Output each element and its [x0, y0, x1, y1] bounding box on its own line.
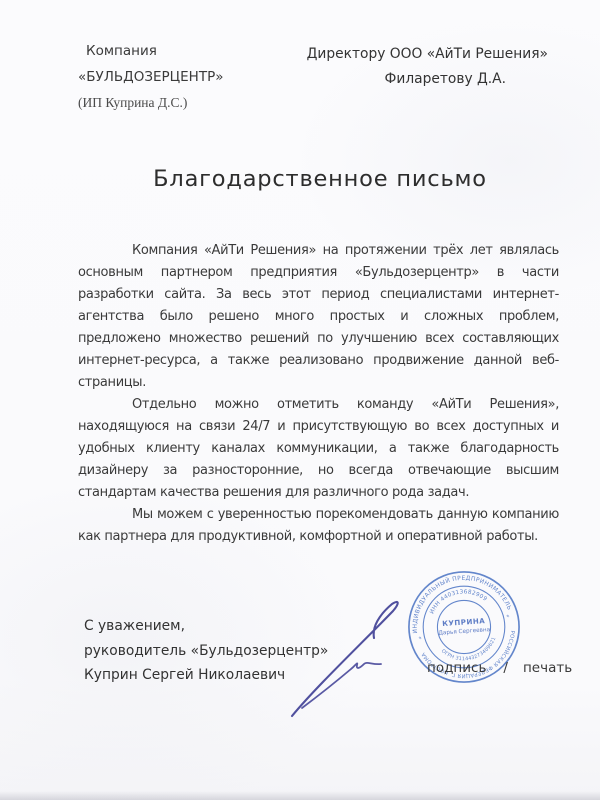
scanned-letter-page: Компания «БУЛЬДОЗЕРЦЕНТР» (ИП Куприна Д.… — [0, 0, 600, 800]
recipient-name: Филаретову Д.А. — [307, 67, 548, 92]
stamp-middle-ring — [423, 586, 505, 668]
stamp-star-right: * — [506, 615, 510, 622]
sender-entrepreneur-note: (ИП Куприна Д.С.) — [78, 90, 223, 116]
stamp-star-left: * — [418, 637, 422, 644]
recipient-block: Директору ООО «АйТи Решения» Филаретову … — [307, 42, 548, 92]
paragraph-3: Мы можем с уверенностью порекомендовать … — [78, 504, 559, 548]
sender-block: Компания «БУЛЬДОЗЕРЦЕНТР» (ИП Куприна Д.… — [78, 38, 223, 116]
sender-company-name: «БУЛЬДОЗЕРЦЕНТР» — [78, 64, 223, 90]
signature-stroke-flourish — [302, 663, 381, 708]
paragraph-2: Отдельно можно отметить команду «АйТи Ре… — [78, 394, 559, 504]
stamp-owner-surname: КУПРИНА — [442, 616, 486, 628]
paragraph-1: Компания «АйТи Решения» на протяжении тр… — [78, 240, 559, 394]
stamp-label: печать — [523, 660, 572, 676]
scan-bottom-shadow — [0, 791, 600, 800]
signature-label: подпись — [427, 660, 486, 676]
letter-title: Благодарственное письмо — [40, 166, 600, 192]
sender-company-word: Компания — [78, 38, 223, 64]
title-wrap: Благодарственное письмо — [40, 166, 600, 192]
stamp-owner-name: Дарья Сергеевна — [438, 627, 490, 637]
recipient-position: Директору ООО «АйТи Решения» — [307, 42, 548, 67]
letter-body: Компания «АйТи Решения» на протяжении тр… — [78, 240, 559, 548]
label-separator: / — [503, 660, 508, 676]
signature-stamp-labels: подпись / печать — [427, 660, 572, 676]
signature-stroke-main — [292, 602, 398, 716]
